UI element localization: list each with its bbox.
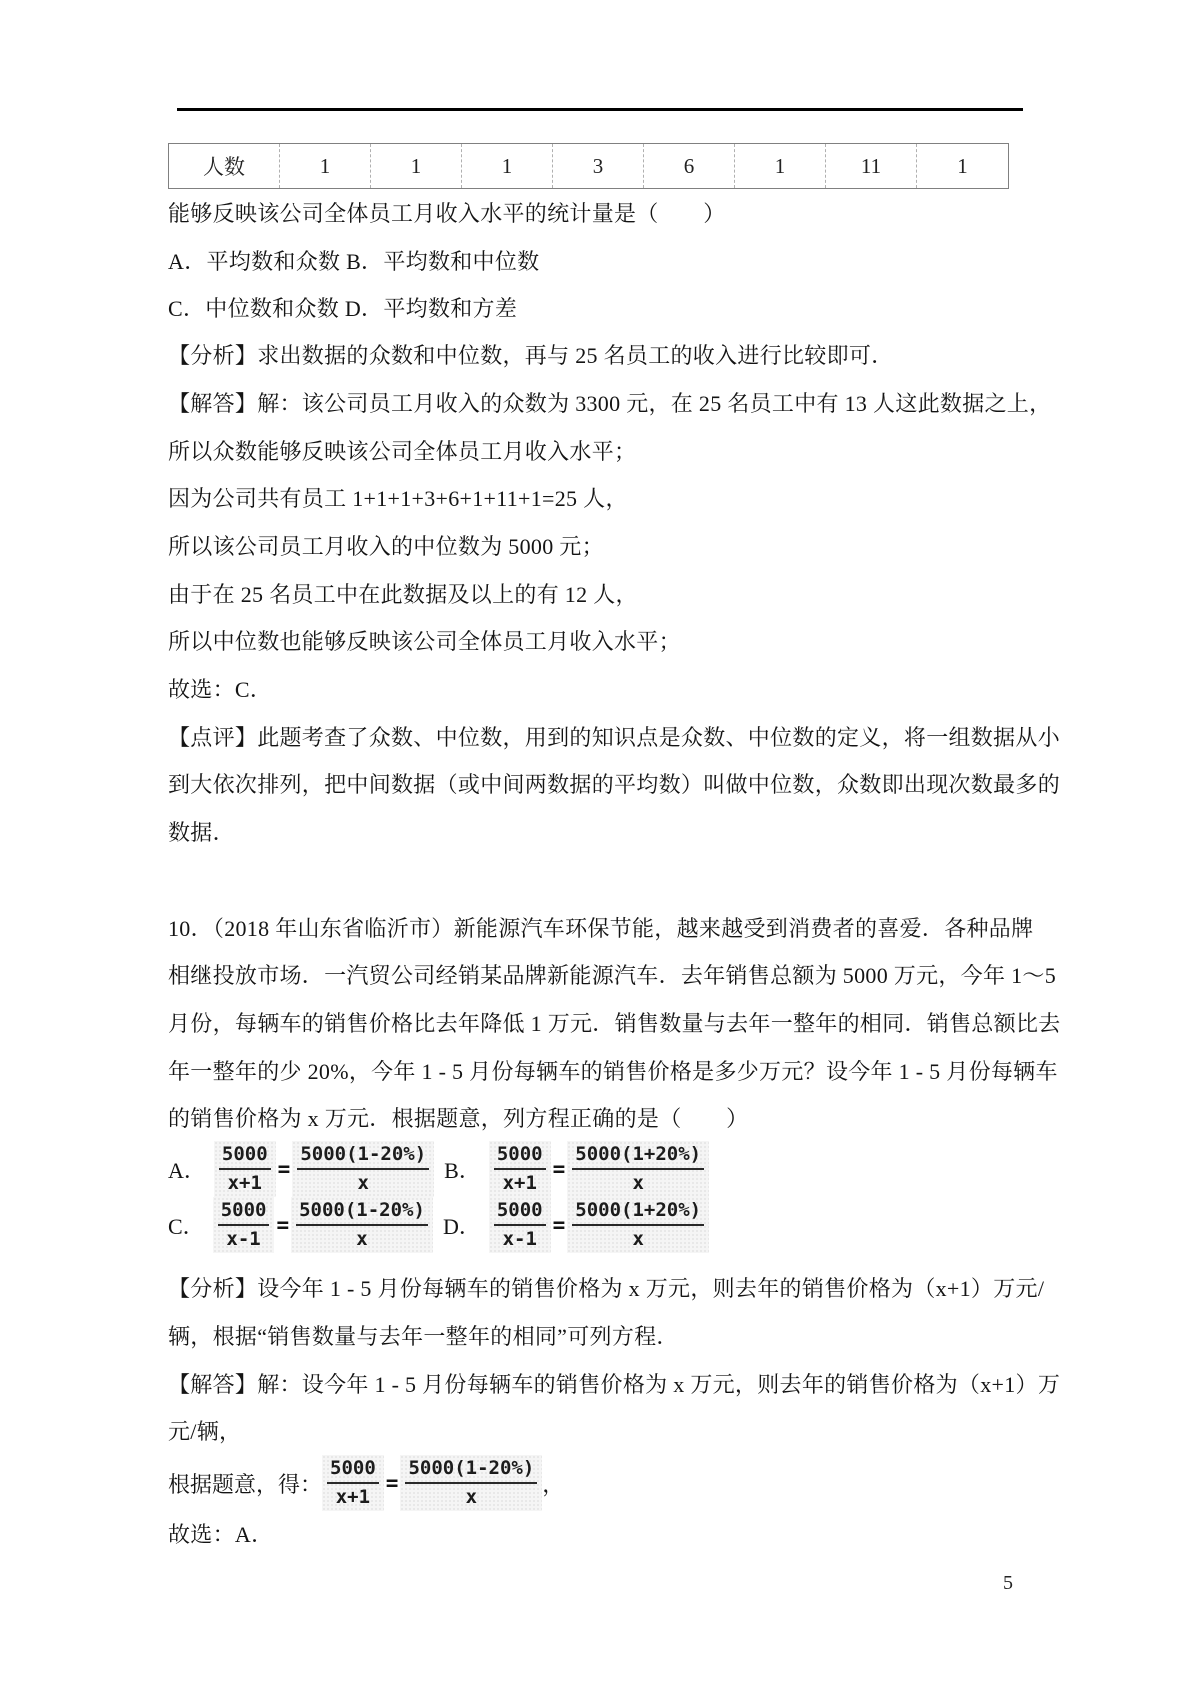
option-b-label: B． (444, 1154, 481, 1185)
q9-solution-line: 因为公司共有员工 1+1+1+3+6+1+11+1=25 人， (168, 484, 628, 514)
fraction-numerator: 5000 (494, 1143, 546, 1170)
q9-answer-line: 故选：C． (168, 675, 272, 705)
option-d-fraction-left: 5000 x-1 (489, 1197, 551, 1253)
q9-solution-line: 所以该公司员工月收入的中位数为 5000 元； (168, 532, 604, 562)
option-b-fraction-left: 5000 x+1 (489, 1141, 551, 1197)
q10-stem-line: 月份，每辆车的销售价格比去年降低 1 万元．销售数量与去年一整年的相同．销售总额… (168, 1009, 1061, 1039)
q10-stem-line: 10．（2018 年山东省临沂市）新能源汽车环保节能，越来越受到消费者的喜爱．各… (168, 914, 1033, 944)
fraction-denominator: x-1 (218, 1226, 270, 1251)
q10-solution-line: 元/辆， (168, 1417, 241, 1447)
option-d-fraction-right: 5000(1+20%) x (567, 1197, 709, 1253)
fraction-numerator: 5000(1+20%) (572, 1199, 704, 1226)
q9-options-cd: C．中位数和众数 D．平均数和方差 (168, 294, 517, 324)
fraction-numerator: 5000(1-20%) (296, 1199, 428, 1226)
solution-fraction-left: 5000 x+1 (322, 1455, 384, 1511)
equals-sign: = (553, 1213, 566, 1237)
fraction-numerator: 5000 (218, 1199, 270, 1226)
fraction-numerator: 5000(1-20%) (405, 1457, 537, 1484)
document-page: 人数 1 1 1 3 6 1 11 1 能够反映该公司全体员工月收入水平的统计量… (0, 0, 1200, 1698)
option-d-label: D． (443, 1210, 481, 1241)
q9-solution-line: 所以众数能够反映该公司全体员工月收入水平； (168, 437, 636, 467)
q10-stem-line: 相继投放市场．一汽贸公司经销某品牌新能源汽车．去年销售总额为 5000 万元，今… (168, 961, 1056, 991)
fraction-denominator: x+1 (219, 1170, 271, 1195)
equation-prefix: 根据题意，得： (168, 1468, 322, 1499)
fraction-numerator: 5000 (494, 1199, 546, 1226)
equals-sign: = (386, 1471, 399, 1495)
fraction-denominator: x-1 (494, 1226, 546, 1251)
fraction-numerator: 5000 (327, 1457, 379, 1484)
q9-comment-line: 【点评】此题考查了众数、中位数，用到的知识点是众数、中位数的定义，将一组数据从小 (168, 723, 1060, 753)
q10-solution-line: 【解答】解：设今年 1 - 5 月份每辆车的销售价格为 x 万元，则去年的销售价… (168, 1370, 1060, 1400)
option-c-fraction-right: 5000(1-20%) x (291, 1197, 433, 1253)
option-c-label: C． (168, 1210, 205, 1241)
fraction-denominator: x (572, 1170, 704, 1195)
q10-analysis-line: 辆，根据“销售数量与去年一整年的相同”可列方程． (168, 1322, 679, 1352)
table-cell: 3 (553, 144, 644, 188)
frequency-table: 人数 1 1 1 3 6 1 11 1 (168, 143, 1009, 189)
q10-options-row-cd: C． 5000 x-1 = 5000(1-20%) x D． 5000 x-1 … (168, 1196, 709, 1254)
q9-analysis-line: 【分析】求出数据的众数和中位数，再与 25 名员工的收入进行比较即可． (168, 341, 894, 371)
q9-solution-line: 所以中位数也能够反映该公司全体员工月收入水平； (168, 627, 681, 657)
fraction-denominator: x (572, 1226, 704, 1251)
option-a-fraction-right: 5000(1-20%) x (292, 1141, 434, 1197)
table-cell: 1 (371, 144, 462, 188)
equation-suffix: ， (542, 1468, 564, 1499)
option-b-fraction-right: 5000(1+20%) x (567, 1141, 709, 1197)
table-cell: 1 (462, 144, 553, 188)
q9-solution-line: 【解答】解：该公司员工月收入的众数为 3300 元，在 25 名员工中有 13 … (168, 389, 1051, 419)
q9-options-ab: A．平均数和众数 B．平均数和中位数 (168, 247, 539, 277)
q9-solution-line: 由于在 25 名员工中在此数据及以上的有 12 人， (168, 580, 638, 610)
fraction-numerator: 5000(1-20%) (297, 1143, 429, 1170)
table-cell: 1 (280, 144, 371, 188)
option-a-label: A． (168, 1154, 206, 1185)
equals-sign: = (276, 1213, 289, 1237)
q10-stem-line: 年一整年的少 20%，今年 1 - 5 月份每辆车的销售价格是多少万元？设今年 … (168, 1057, 1058, 1087)
q9-question-line: 能够反映该公司全体员工月收入水平的统计量是（ ） (168, 199, 726, 229)
fraction-denominator: x (405, 1484, 537, 1509)
fraction-denominator: x+1 (327, 1484, 379, 1509)
table-cell: 1 (735, 144, 826, 188)
fraction-denominator: x (296, 1226, 428, 1251)
equals-sign: = (278, 1157, 291, 1181)
option-c-fraction-left: 5000 x-1 (213, 1197, 275, 1253)
fraction-numerator: 5000 (219, 1143, 271, 1170)
page-number: 5 (1003, 1572, 1013, 1595)
q9-comment-line: 到大依次排列，把中间数据（或中间两数据的平均数）叫做中位数，众数即出现次数最多的 (168, 770, 1060, 800)
table-cell: 11 (826, 144, 917, 188)
equals-sign: = (553, 1157, 566, 1181)
table-header-cell: 人数 (169, 144, 280, 188)
q10-options-row-ab: A． 5000 x+1 = 5000(1-20%) x B． 5000 x+1 … (168, 1140, 709, 1198)
q10-stem-line: 的销售价格为 x 万元．根据题意，列方程正确的是（ ） (168, 1104, 748, 1134)
table-cell: 6 (644, 144, 735, 188)
table-cell: 1 (917, 144, 1008, 188)
option-a-fraction-left: 5000 x+1 (214, 1141, 276, 1197)
fraction-denominator: x+1 (494, 1170, 546, 1195)
fraction-numerator: 5000(1+20%) (572, 1143, 704, 1170)
solution-fraction-right: 5000(1-20%) x (400, 1455, 542, 1511)
fraction-denominator: x (297, 1170, 429, 1195)
header-rule (177, 108, 1023, 111)
q9-comment-line: 数据． (168, 818, 235, 848)
q10-solution-equation: 根据题意，得： 5000 x+1 = 5000(1-20%) x ， (168, 1452, 564, 1514)
q10-analysis-line: 【分析】设今年 1 - 5 月份每辆车的销售价格为 x 万元，则去年的销售价格为… (168, 1274, 1044, 1304)
q10-answer-line: 故选：A． (168, 1520, 273, 1550)
